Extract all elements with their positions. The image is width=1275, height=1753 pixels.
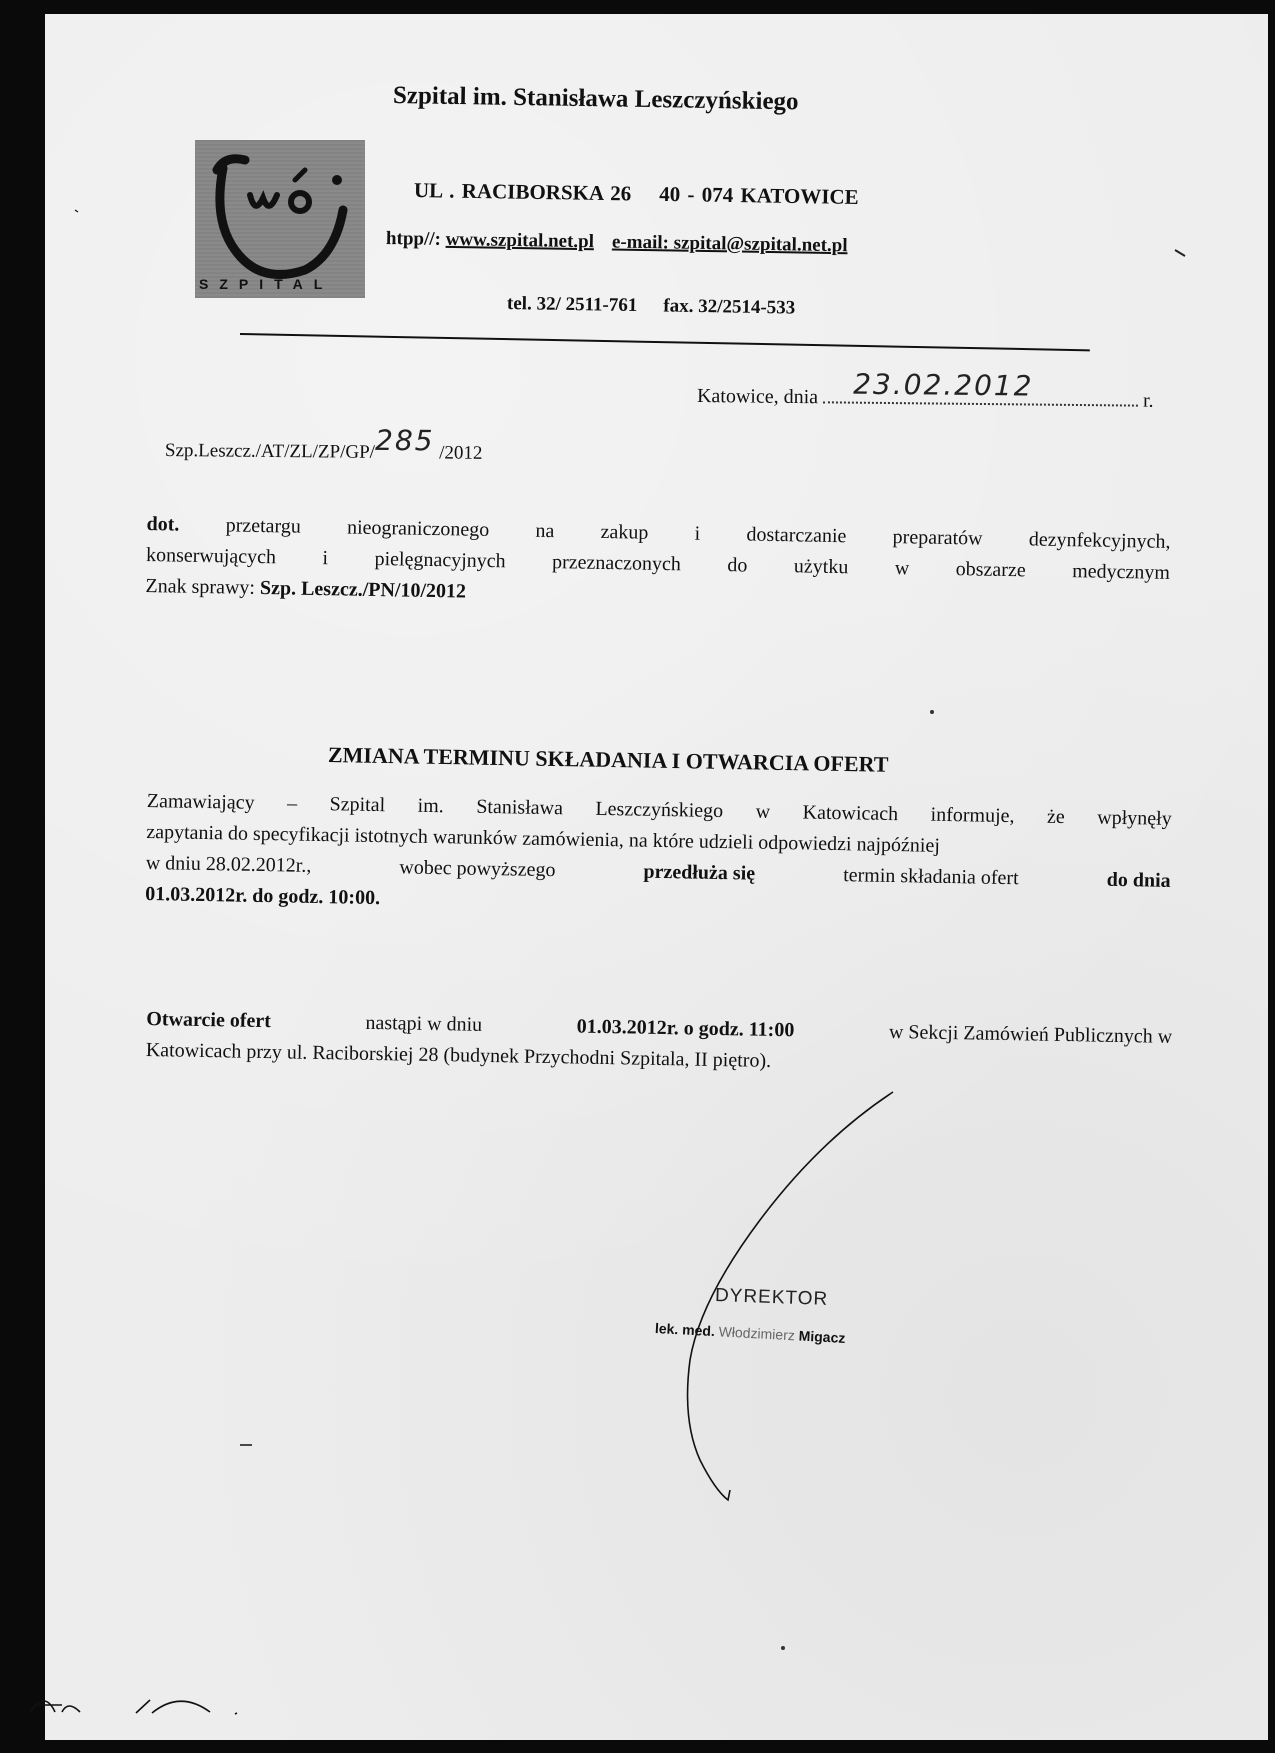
web-prefix: htpp//: xyxy=(386,228,441,250)
word: do xyxy=(727,554,747,577)
word: na xyxy=(535,520,554,543)
word: dostarczanie xyxy=(746,523,846,548)
date-field: 23.02.2012 xyxy=(823,387,1138,406)
word: w xyxy=(755,801,770,824)
logo-subtitle: SZPITAL xyxy=(199,276,333,292)
emphasis-extended: przedłuża się xyxy=(643,861,755,886)
name-prefix: lek. med. xyxy=(655,1320,716,1339)
word: że xyxy=(1047,806,1065,829)
reference-number: Szp.Leszcz./AT/ZL/ZP/GP/285 /2012 xyxy=(165,430,483,466)
phone-line: tel. 32/ 2511-761fax. 32/2514-533 xyxy=(507,293,796,320)
website-link[interactable]: www.szpital.net.pl xyxy=(446,229,595,252)
text-segment: w Sekcji Zamówień Publicznych w xyxy=(889,1021,1173,1049)
word: użytku xyxy=(794,555,849,579)
text-segment: termin składania ofert xyxy=(843,864,1019,890)
text-segment: wobec powyższego xyxy=(399,856,555,882)
phone: tel. 32/ 2511-761 xyxy=(507,293,638,316)
word: im. xyxy=(417,795,444,818)
word: w xyxy=(895,557,910,580)
city: 40 - 074 KATOWICE xyxy=(659,182,859,209)
subject-label: dot. xyxy=(146,513,179,537)
word: dezynfekcyjnych, xyxy=(1029,528,1171,553)
handwritten-ref-number: 285 xyxy=(375,424,435,458)
ref-suffix: /2012 xyxy=(439,442,482,463)
emphasis-until: do dnia xyxy=(1106,869,1170,893)
text-segment: nastąpi w dniu xyxy=(365,1012,482,1037)
place-date-label: Katowice, dnia xyxy=(697,385,818,408)
subject-paragraph: dot. przetargu nieograniczonego na zakup… xyxy=(145,513,1170,624)
word: i xyxy=(694,523,700,546)
word: Leszczyńskiego xyxy=(595,798,723,823)
word: – xyxy=(287,792,297,815)
hospital-logo: SZPITAL xyxy=(195,140,365,298)
new-deadline: 01.03.2012r. do godz. 10:00. xyxy=(145,883,380,909)
word: Katowicach xyxy=(802,801,898,826)
opening-datetime: 01.03.2012r. o godz. 11:00 xyxy=(577,1016,795,1043)
email-link[interactable]: e-mail: szpital@szpital.net.pl xyxy=(612,232,848,257)
fax: fax. 32/2514-533 xyxy=(663,295,795,318)
word: medycznym xyxy=(1072,560,1170,585)
word: informuje, xyxy=(930,804,1014,828)
place-date: Katowice, dnia 23.02.2012 r. xyxy=(697,385,1154,413)
opening-label: Otwarcie ofert xyxy=(146,1008,271,1033)
word: Zamawiający xyxy=(147,790,255,815)
name-last: Migacz xyxy=(798,1328,845,1346)
ref-prefix: Szp.Leszcz./AT/ZL/ZP/GP/ xyxy=(165,440,375,463)
word: obszarze xyxy=(956,558,1026,582)
handwritten-date: 23.02.2012 xyxy=(853,368,1034,403)
word: nieograniczonego xyxy=(347,517,490,542)
word: Stanisława xyxy=(476,796,563,821)
word: konserwujących xyxy=(146,544,276,569)
word: pielęgnacyjnych xyxy=(374,548,505,573)
word: i xyxy=(322,547,328,570)
word: wpłynęły xyxy=(1097,807,1172,831)
word: preparatów xyxy=(892,526,982,551)
smile-logo-icon xyxy=(195,140,365,298)
stamp-title: DYREKTOR xyxy=(715,1285,829,1311)
street: UL . RACIBORSKA 26 xyxy=(414,178,632,205)
word: przeznaczonych xyxy=(552,551,681,576)
body-paragraph: Zamawiający – Szpital im. Stanisława Les… xyxy=(145,790,1172,932)
date-suffix: r. xyxy=(1143,390,1154,412)
text-segment: w dniu 28.02.2012r., xyxy=(146,852,312,878)
word: Szpital xyxy=(329,793,385,817)
word: zakup xyxy=(600,521,648,545)
word: przetargu xyxy=(225,514,301,538)
case-number: Szp. Leszcz./PN/10/2012 xyxy=(260,577,466,603)
case-label: Znak sprawy: xyxy=(145,575,255,599)
